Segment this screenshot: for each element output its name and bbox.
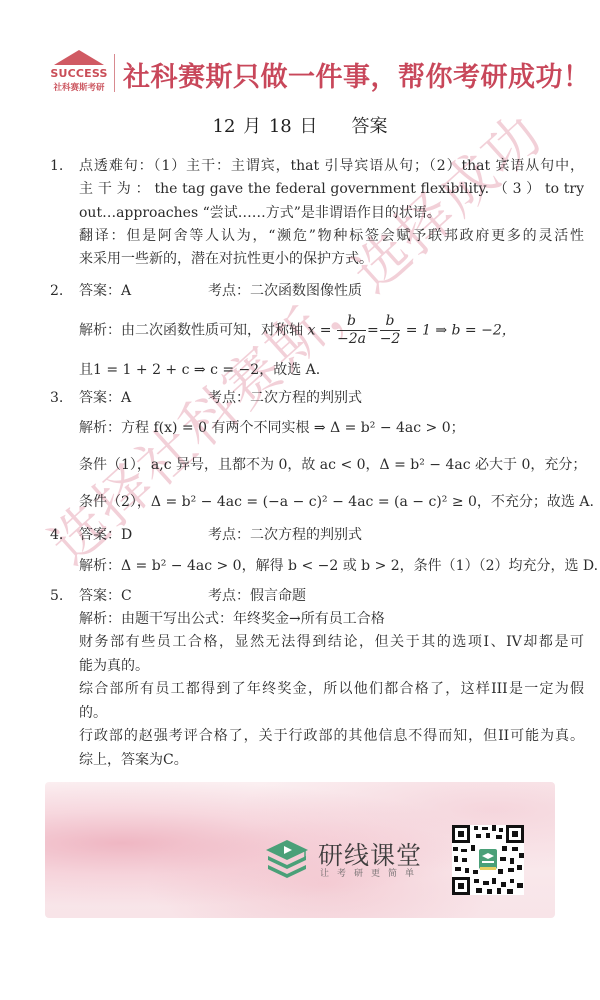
q3-line: 条件（1），a,c 异号，且都不为 0，故 ac < 0，Δ = b² − 4a…: [79, 455, 586, 475]
frac2-num: b: [380, 313, 401, 331]
q3-point: 考点：二次方程的判别式: [208, 388, 362, 408]
q3-line: 条件（2），Δ = b² − 4ac = (−a − c)² − 4ac = (…: [79, 492, 594, 512]
frac2-den: −2: [380, 331, 401, 348]
roof-icon: [54, 50, 104, 65]
q3-line: 解析：方程 f(x) = 0 有两个不同实根 ⇒ Δ = b² − 4ac > …: [79, 418, 465, 438]
q5-line: 行政部的赵强考评合格了，关于行政部的其他信息不得而知，但II可能为真。: [79, 726, 584, 746]
q2-answer: 答案：A: [79, 281, 131, 301]
footer-tagline: 让考研更简单: [320, 866, 422, 879]
title-label: 答案: [351, 116, 387, 137]
formula-rhs: = 1 ⇒ b = −2，: [406, 323, 516, 339]
q4-point: 考点：二次方程的判别式: [208, 525, 362, 545]
q2-number: 2.: [50, 281, 63, 301]
document-title: 12 月 18 日答案: [0, 112, 600, 138]
logo-cn-text: 社科赛斯考研: [48, 81, 110, 93]
q2-analysis-prefix: 解析：由二次函数性质可知，对称轴: [79, 323, 303, 339]
q1-line: 主 干 为 ： the tag gave the federal governm…: [79, 179, 584, 199]
frac1-den: −2a: [337, 331, 366, 348]
q2-line2: 且1 = 1 + 2 + c ⇒ c = −2，故选 A.: [79, 360, 320, 380]
success-logo: SUCCESS 社科赛斯考研: [48, 50, 110, 94]
q5-line: 能为真的。: [79, 656, 149, 676]
q5-line: 综合部所有员工都得到了年终奖金，所以他们都合格了，这样III是一定为假: [79, 679, 584, 699]
header-slogan: 社科赛斯只做一件事，帮你考研成功！: [123, 55, 591, 94]
q2-analysis: 解析：由二次函数性质可知，对称轴 x = b−2a=b−2 = 1 ⇒ b = …: [79, 313, 516, 348]
logo-en-text: SUCCESS: [48, 67, 110, 80]
q5-number: 5.: [50, 586, 63, 606]
q1-line: out…approaches “尝试……方式”是非谓语作目的状语。: [79, 203, 441, 223]
q5-line: 综上，答案为C。: [79, 750, 188, 770]
q5-answer: 答案：C: [79, 586, 132, 606]
q3-answer: 答案：A: [79, 388, 131, 408]
q3-number: 3.: [50, 388, 63, 408]
q5-line: 的。: [79, 703, 107, 723]
q1-number: 1.: [50, 156, 63, 176]
q4-number: 4.: [50, 525, 63, 545]
q5-line: 财务部有些员工合格，显然无法得到结论，但关于其的选项I、IV却都是可: [79, 632, 584, 652]
graduation-cap-play-icon: [264, 838, 310, 880]
q4-answer: 答案：D: [79, 525, 132, 545]
q4-line: 解析：Δ = b² − 4ac > 0，解得 b < −2 或 b > 2，条件…: [79, 556, 598, 576]
header-divider: [114, 54, 115, 92]
q5-line: 解析：由题干写出公式：年终奖金→所有员工合格: [79, 609, 385, 629]
fraction-1: b−2a: [337, 313, 366, 348]
fraction-2: b−2: [380, 313, 401, 348]
q2-point: 考点：二次函数图像性质: [208, 281, 362, 301]
qr-code[interactable]: [452, 825, 524, 895]
q1-line: 来采用一些新的，潜在对抗性更小的保护方式。: [79, 249, 373, 269]
frac1-num: b: [337, 313, 366, 331]
q5-point: 考点：假言命题: [208, 586, 306, 606]
title-date: 12 月 18 日: [213, 116, 318, 137]
q1-line: 翻译：但是阿舍等人认为，“濒危”物种标签会赋予联邦政府更多的灵活性: [79, 226, 584, 246]
formula-lhs: x =: [307, 323, 331, 339]
q1-line: 点透难句：（1）主干：主谓宾，that 引导宾语从句；（2）that 宾语从句中…: [79, 156, 584, 176]
